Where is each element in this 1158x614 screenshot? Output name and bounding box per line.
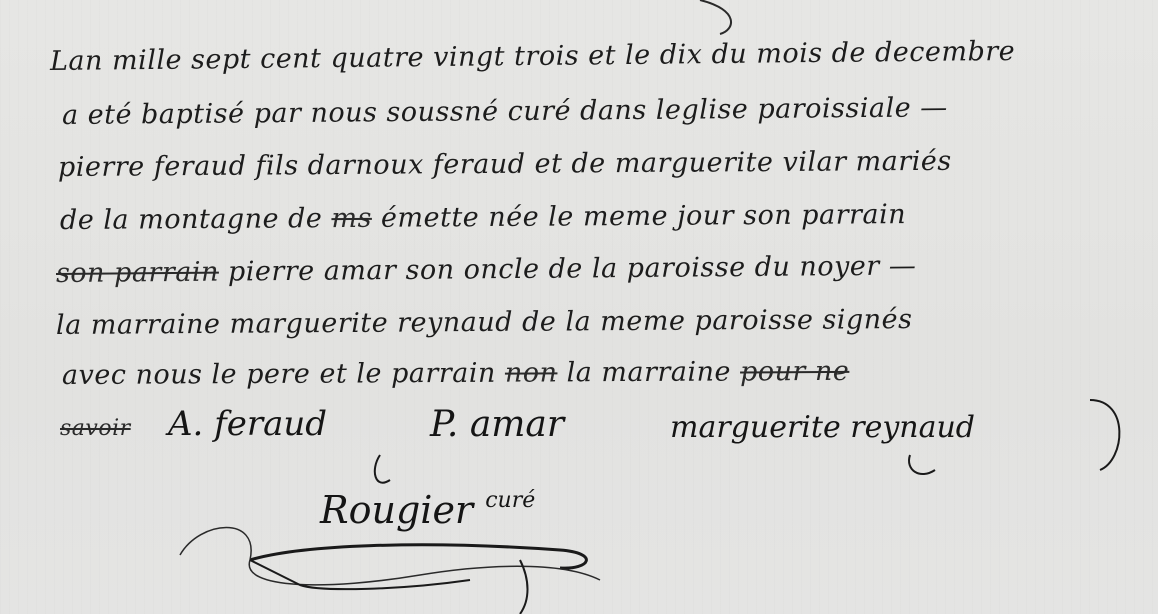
record-line-5: son parrain pierre amar son oncle de la … [56,250,917,289]
line-text: émette née le meme jour son parrain [372,199,906,234]
struck-text: savoir [60,416,131,441]
signature-text: Rougier [320,488,473,532]
line-text: Lan mille sept cent quatre vingt trois e… [50,36,1015,77]
signature-father: A. feraud [168,404,327,444]
signature-text: A. feraud [168,404,327,444]
signature-godmother: marguerite reynaud [670,410,975,445]
record-line-2: a eté baptisé par nous soussné curé dans… [62,92,948,131]
line-text: pierre amar son oncle de la paroisse du … [219,250,917,287]
signature-text: marguerite reynaud [670,410,975,445]
signature-priest: Rougier curé [320,488,535,532]
signature-text: P. amar [430,404,564,445]
line-text: la marraine marguerite reynaud de la mem… [56,304,913,341]
struck-text: pour ne [740,356,849,388]
struck-text: ms [331,203,372,234]
priest-title: curé [485,488,535,513]
record-line-3: pierre feraud fils darnoux feraud et de … [58,146,952,183]
struck-text: son parrain [56,257,219,289]
line-text: avec nous le pere et le parrain [62,358,505,391]
struck-text: non [505,357,558,388]
line-text: de la montagne de [60,203,332,236]
record-line-7: avec nous le pere et le parrain non la m… [62,356,850,391]
record-line-6: la marraine marguerite reynaud de la mem… [56,304,913,341]
record-line-1: Lan mille sept cent quatre vingt trois e… [50,36,1015,77]
register-page: Lan mille sept cent quatre vingt trois e… [0,0,1158,614]
record-line-4: de la montagne de ms émette née le meme … [60,199,906,236]
line-text: a eté baptisé par nous soussné curé dans… [62,92,948,131]
line-text: la marraine [557,356,740,388]
signature-godfather: P. amar [430,404,564,445]
record-line-8: savoir [60,416,131,441]
line-text: pierre feraud fils darnoux feraud et de … [58,146,952,183]
